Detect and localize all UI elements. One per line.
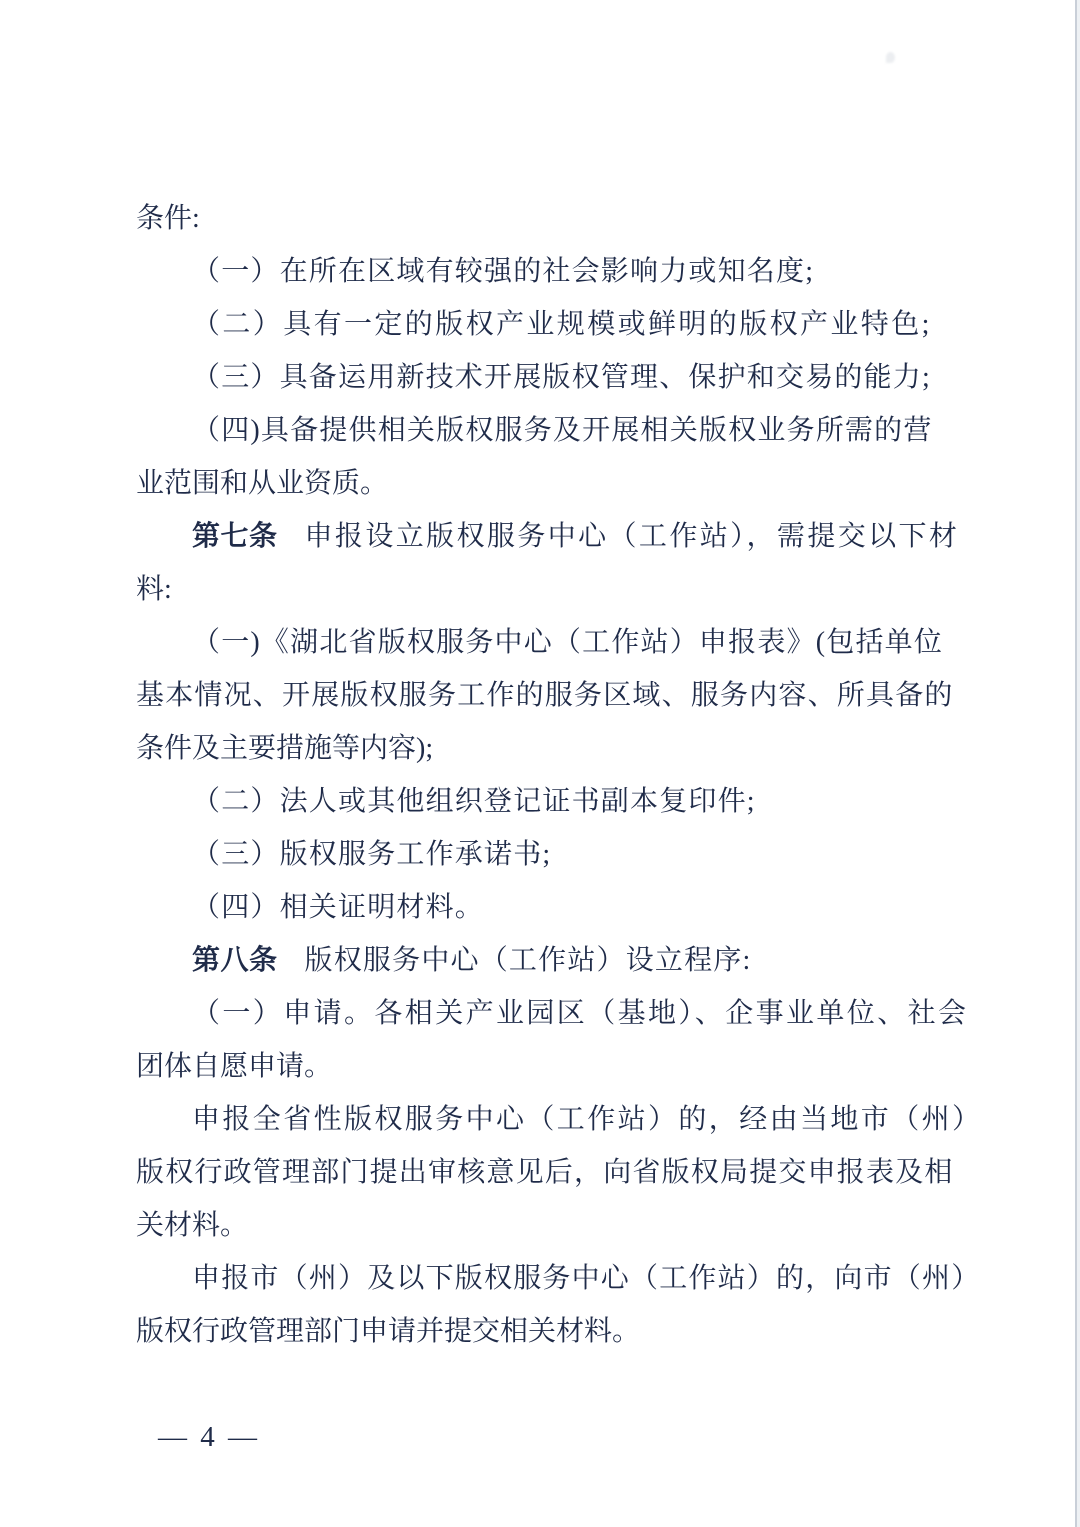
doc-line: （一）在所在区域有较强的社会影响力或知名度; [136,245,956,298]
doc-line: （二）法人或其他组织登记证书副本复印件; [136,775,956,828]
page-number: — 4 — [158,1411,260,1464]
page-edge-shadow [1075,0,1077,1527]
doc-line: （一）申请。各相关产业园区（基地）、企事业单位、社会 [136,987,956,1040]
doc-line: 关材料。 [136,1199,956,1252]
document-body: 条件: （一）在所在区域有较强的社会影响力或知名度; （二）具有一定的版权产业规… [136,192,956,1358]
doc-line: （三）版权服务工作承诺书; [136,828,956,881]
doc-line: 申报全省性版权服务中心（工作站）的，经由当地市（州） [136,1093,956,1146]
document-page: 条件: （一）在所在区域有较强的社会影响力或知名度; （二）具有一定的版权产业规… [0,0,1080,1527]
doc-line: 料: [136,563,956,616]
article-heading-text: 申报设立版权服务中心（工作站），需提交以下材 [305,521,960,552]
article-7-heading: 第七条申报设立版权服务中心（工作站），需提交以下材 [136,510,956,563]
doc-line: 条件及主要措施等内容); [136,722,956,775]
doc-line: 基本情况、开展版权服务工作的服务区域、服务内容、所具备的 [136,669,956,722]
article-number: 第八条 [192,945,278,976]
article-heading-text: 版权服务中心（工作站）设立程序: [305,945,752,976]
doc-line: （四）相关证明材料。 [136,881,956,934]
doc-line: 申报市（州）及以下版权服务中心（工作站）的，向市（州） [136,1252,956,1305]
doc-line: （一)《湖北省版权服务中心（工作站）申报表》(包括单位 [136,616,956,669]
scan-artifact-mark [886,52,895,63]
doc-line: 版权行政管理部门提出审核意见后，向省版权局提交申报表及相 [136,1146,956,1199]
article-number: 第七条 [192,521,278,552]
doc-line: 业范围和从业资质。 [136,457,956,510]
article-8-heading: 第八条版权服务中心（工作站）设立程序: [136,934,956,987]
doc-line: 版权行政管理部门申请并提交相关材料。 [136,1305,956,1358]
doc-line: 团体自愿申请。 [136,1040,956,1093]
doc-line: （三）具备运用新技术开展版权管理、保护和交易的能力; [136,351,956,404]
doc-line: （四)具备提供相关版权服务及开展相关版权业务所需的营 [136,404,956,457]
doc-line: 条件: [136,192,956,245]
doc-line: （二）具有一定的版权产业规模或鲜明的版权产业特色; [136,298,956,351]
